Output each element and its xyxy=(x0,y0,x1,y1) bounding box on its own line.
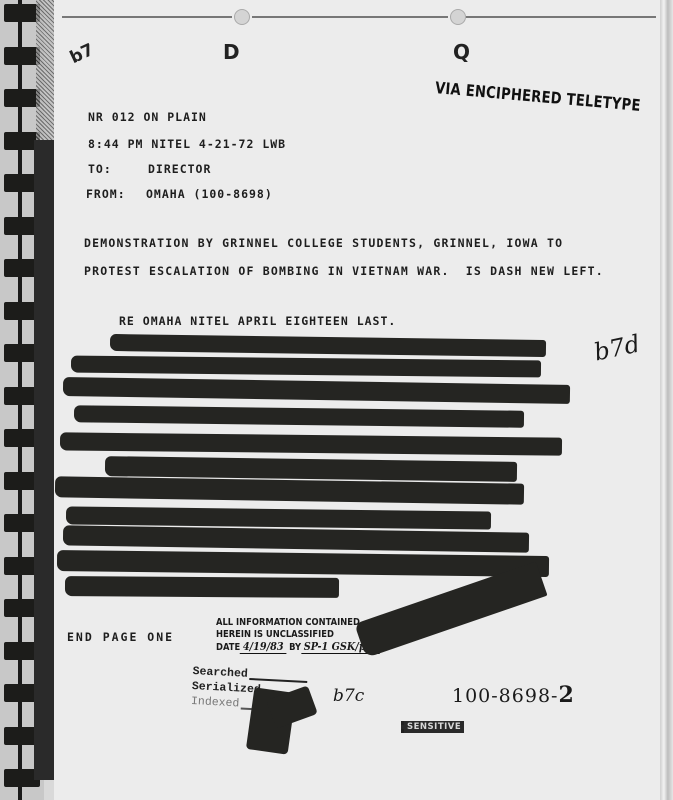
message-number: NR 012 ON PLAIN xyxy=(88,110,207,124)
file-number-base: 100-8698- xyxy=(452,685,558,707)
punch-hole xyxy=(234,9,250,25)
subject-line-1: DEMONSTRATION BY GRINNEL COLLEGE STUDENT… xyxy=(84,236,563,250)
margin-note-b7c: b7c xyxy=(333,686,364,706)
top-border-rule xyxy=(466,16,656,18)
punch-hole xyxy=(450,9,466,25)
from-label: FROM: xyxy=(86,187,126,201)
declassification-stamp: ALL INFORMATION CONTAINED HEREIN IS UNCL… xyxy=(216,617,380,654)
message-time: 8:44 PM NITEL 4-21-72 LWB xyxy=(88,137,286,151)
to-value: DIRECTOR xyxy=(148,162,211,176)
binding-loop xyxy=(4,4,40,22)
serial-number: 2 xyxy=(558,682,574,708)
corner-mark-d: D xyxy=(223,40,240,64)
page-stack-edge xyxy=(660,0,673,800)
subject-line-2: PROTEST ESCALATION OF BOMBING IN VIETNAM… xyxy=(84,264,604,278)
end-page-marker: END PAGE ONE xyxy=(67,630,174,644)
binding-loop xyxy=(4,47,40,65)
indexed-label: Indexed xyxy=(191,694,240,712)
date-label: DATE xyxy=(216,642,240,653)
by-label: BY xyxy=(289,642,301,653)
to-label: TO: xyxy=(88,162,112,176)
corner-mark-q: Q xyxy=(453,40,470,64)
page-shadow xyxy=(34,140,54,780)
sensitive-stamp: SENSITIVE xyxy=(401,721,464,733)
redaction-bar xyxy=(65,576,339,598)
binding-loop xyxy=(4,89,40,107)
reference-line: RE OMAHA NITEL APRIL EIGHTEEN LAST. xyxy=(119,314,396,328)
file-number: 100-8698-2 xyxy=(452,682,575,708)
date-value: 4/19/83 xyxy=(240,640,286,654)
top-border-rule xyxy=(62,16,232,18)
from-value: OMAHA (100-8698) xyxy=(146,187,273,201)
top-border-rule xyxy=(252,16,448,18)
